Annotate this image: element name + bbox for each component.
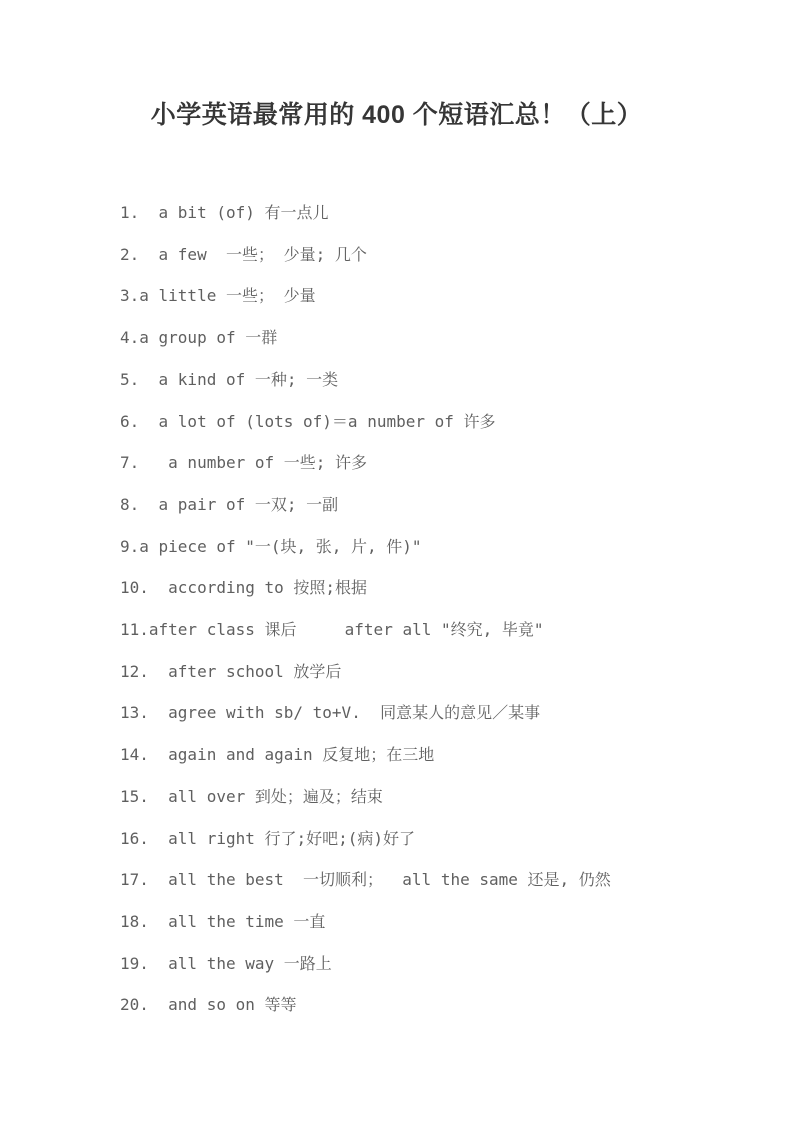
list-item: 17. all the best 一切顺利； all the same 还是, …: [120, 859, 733, 901]
list-item: 1. a bit (of) 有一点儿: [120, 192, 733, 234]
list-item: 10. according to 按照;根据: [120, 567, 733, 609]
list-item: 16. all right 行了;好吧;(病)好了: [120, 818, 733, 860]
phrase-list: 1. a bit (of) 有一点儿2. a few 一些； 少量; 几个3.a…: [0, 192, 793, 1026]
list-item: 15. all over 到处；遍及；结束: [120, 776, 733, 818]
list-item: 20. and so on 等等: [120, 984, 733, 1026]
list-item: 8. a pair of 一双; 一副: [120, 484, 733, 526]
page-title: 小学英语最常用的 400 个短语汇总！（上）: [0, 100, 793, 130]
list-item: 4.a group of 一群: [120, 317, 733, 359]
list-item: 6. a lot of (lots of)＝a number of 许多: [120, 401, 733, 443]
list-item: 19. all the way 一路上: [120, 943, 733, 985]
list-item: 11.after class 课后 after all "终究, 毕竟": [120, 609, 733, 651]
list-item: 14. again and again 反复地；在三地: [120, 734, 733, 776]
list-item: 13. agree with sb/ to+V. 同意某人的意见／某事: [120, 692, 733, 734]
list-item: 5. a kind of 一种; 一类: [120, 359, 733, 401]
list-item: 3.a little 一些； 少量: [120, 275, 733, 317]
list-item: 2. a few 一些； 少量; 几个: [120, 234, 733, 276]
list-item: 9.a piece of "一(块, 张, 片, 件)": [120, 526, 733, 568]
list-item: 12. after school 放学后: [120, 651, 733, 693]
list-item: 7. a number of 一些; 许多: [120, 442, 733, 484]
list-item: 18. all the time 一直: [120, 901, 733, 943]
document-page: 小学英语最常用的 400 个短语汇总！（上） 1. a bit (of) 有一点…: [0, 0, 793, 1122]
